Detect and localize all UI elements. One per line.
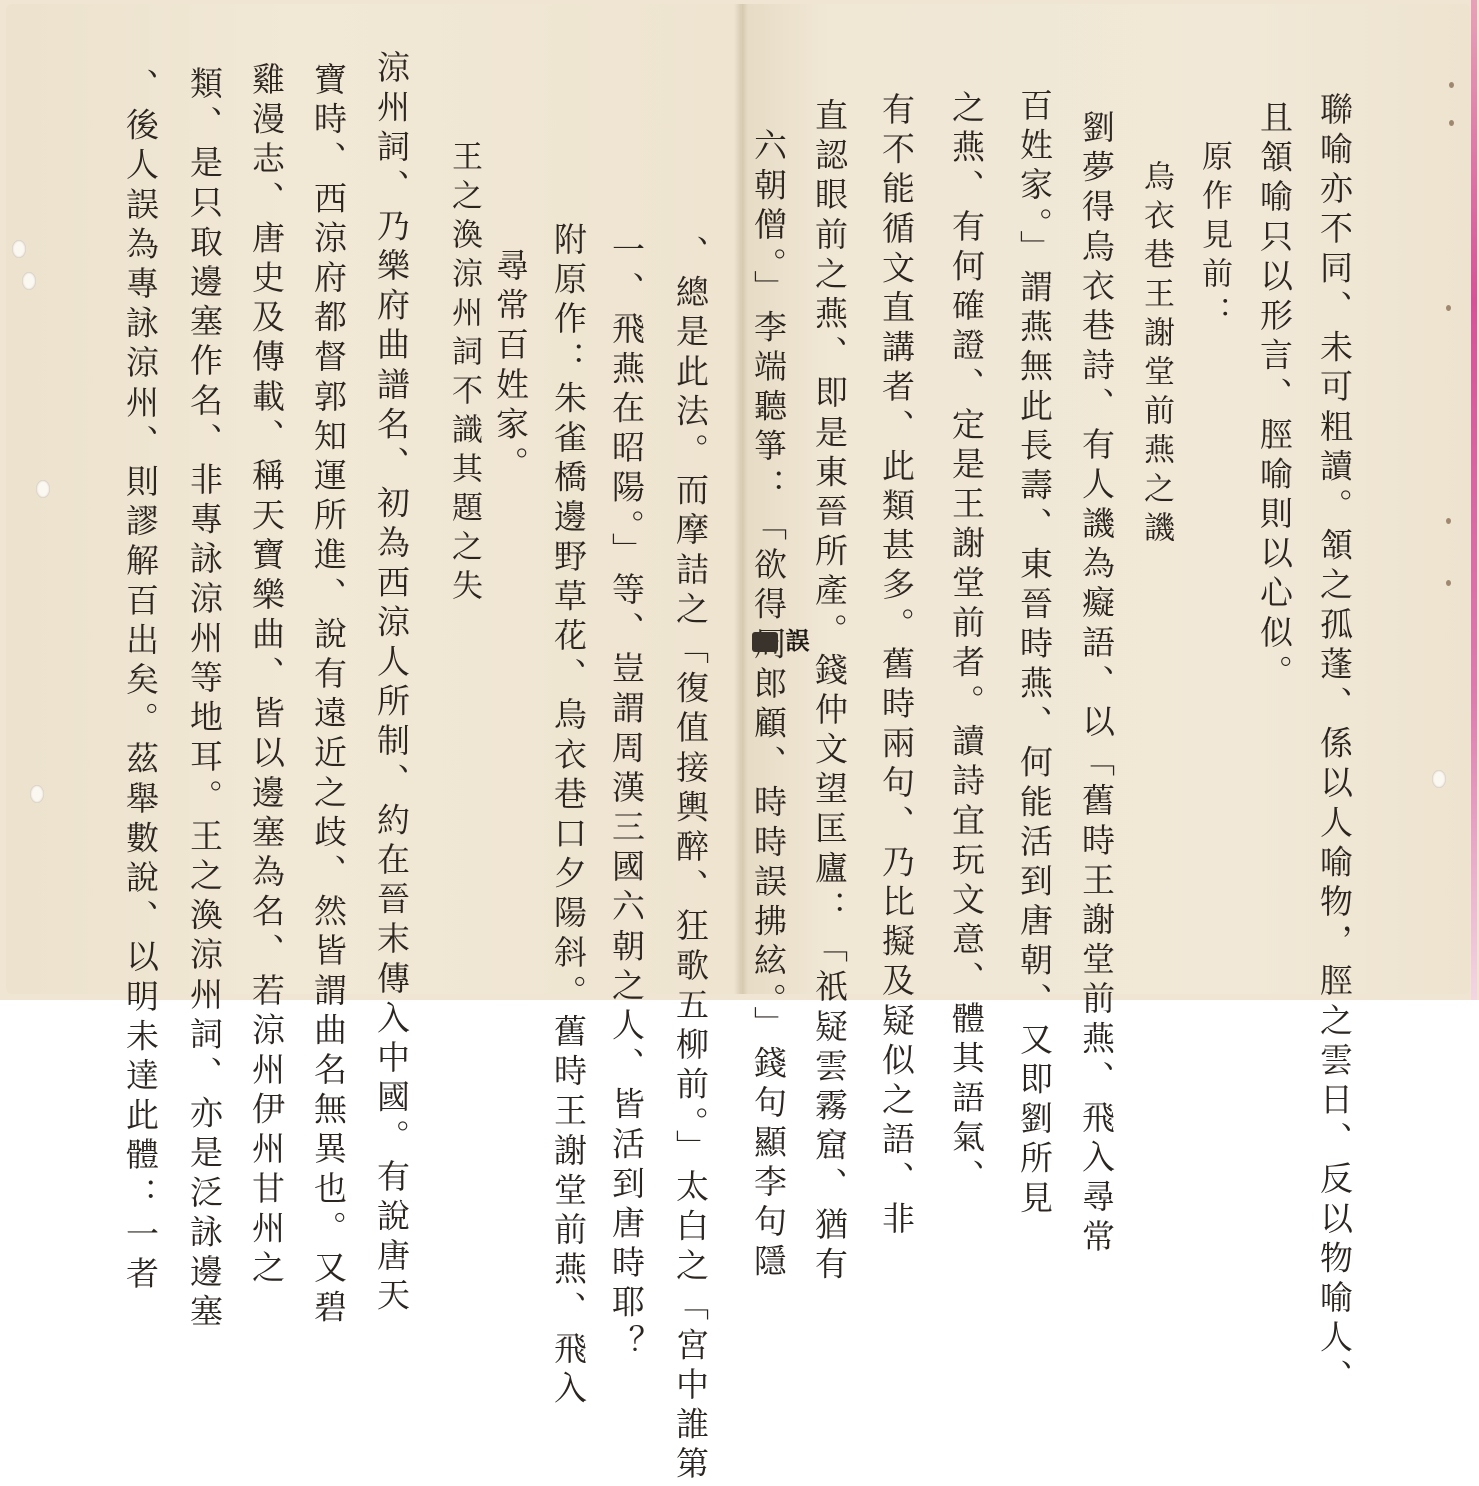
text-column: 有不能循文直講者、此類甚多。舊時兩句、乃比擬及疑似之語、非 [880,92,913,1000]
text-column: 且頷喻只以形言、脛喻則以心似。 [1258,100,1291,694]
binding-dot [1449,82,1454,88]
binding-dot [1446,518,1451,524]
text-column: 寶時、西涼府都督郭知運所進、說有遠近之歧、然皆謂曲名無異也。又碧 [312,62,345,1000]
text-column: 雞漫志、唐史及傳載、稱天寶樂曲、皆以邊塞為名、若涼州伊州甘州之 [250,62,283,1000]
note-line: 原作見前： [1198,140,1229,335]
page-edge-marker [1471,0,1477,1000]
scanned-book-spread: 聯喻亦不同、未可粗讀。頷之孤蓬、係以人喻物，脛之雲日、反以物喻人、 且頷喻只以形… [0,0,1479,1000]
binding-dot [1446,580,1451,586]
text-column: 之燕、有何確證、定是王謝堂前者。讀詩宜玩文意、體其語氣、 [950,90,983,1000]
struck-character [752,632,778,652]
text-column: 一、飛燕在昭陽。」等、豈謂周漢三國六朝之人、皆活到唐時耶？ [610,232,643,1000]
text-column: 、總是此法。而摩詰之「復值接輿醉、狂歌五柳前。」太白之「宮中誰第 [674,235,707,1000]
binding-hole [12,240,26,258]
text-column: 附原作：朱雀橋邊野草花、烏衣巷口夕陽斜。舊時王謝堂前燕、飛入 [552,222,585,1000]
text-column: 百姓家。」謂燕無此長壽、東晉時燕、何能活到唐朝、又即劉所見 [1018,88,1051,1000]
book-gutter [734,4,748,994]
section-heading: 王之渙涼州詞不識其題之失 [448,140,479,608]
binding-dot [1449,120,1454,126]
binding-dot [1446,305,1451,311]
text-column: 涼州詞、乃樂府曲譜名、初為西涼人所制、約在晉末傳入中國。有說唐天 [375,50,408,1000]
binding-hole [1432,770,1446,788]
text-column: 類、是只取邊塞作名、非專詠涼州等地耳。王之渙涼州詞、亦是泛詠邊塞 [188,66,221,1000]
section-heading: 烏衣巷王謝堂前燕之譏 [1140,160,1171,550]
text-column: 尋常百姓家。 [494,248,527,486]
binding-hole [22,272,36,290]
binding-hole [36,480,50,498]
handwritten-correction: 誤 [778,628,813,652]
binding-hole [30,785,44,803]
text-column: 六朝僧。」李端聽箏：「欲得周郎顧、時時誤拂絃。」錢句顯李句隱 [752,128,785,1000]
text-column: 劉夢得烏衣巷詩、有人譏為癡語、以「舊時王謝堂前燕、飛入尋常 [1080,110,1113,1000]
text-column: 直認眼前之燕、即是東晉所產。錢仲文望匡廬：「祇疑雲霧窟、猶有 [813,98,846,1000]
text-column: 聯喻亦不同、未可粗讀。頷之孤蓬、係以人喻物，脛之雲日、反以物喻人、 [1318,92,1351,1000]
text-column: 、後人誤為專詠涼州、則謬解百出矣。茲舉數說、以明未達此體：一者 [124,68,157,1000]
